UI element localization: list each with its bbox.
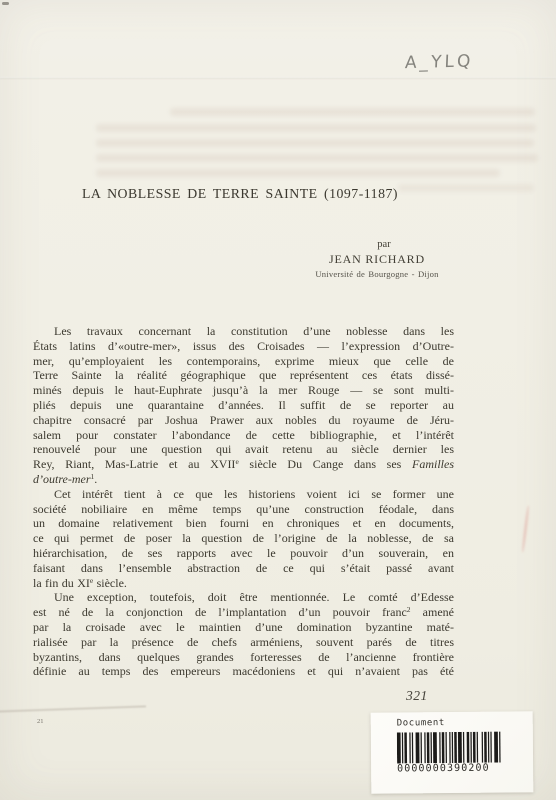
text-line: États latins d’«outre-mer», issus des Cr… [33, 339, 454, 354]
text-line: minés depuis le haut-Euphrate jusqu’à la… [33, 383, 454, 398]
byline-block: par JEAN RICHARD Université de Bourgogne… [297, 239, 457, 279]
scan-speck [2, 2, 9, 5]
text-line: Terre Sainte la réalité géographique que… [33, 368, 454, 383]
text-line: renouvelé pour une question qui avait re… [33, 442, 454, 457]
bleed-through-text [96, 169, 500, 177]
article-body: Les travaux concernant la constitution d… [33, 324, 454, 679]
bleed-through-text [96, 139, 534, 147]
text-line: d’outre-mer1. [33, 472, 454, 487]
text-line: chapitre consacré par Joshua Prawer aux … [33, 413, 454, 428]
bleed-through-text [398, 184, 534, 192]
text-line: définie au temps des empereurs macédonie… [33, 664, 454, 679]
text-line: salem pour constater l’abondance de cett… [33, 428, 454, 443]
text-line: est né de la conjonction de l’implantati… [33, 605, 454, 620]
scan-artifact-streak [521, 505, 530, 553]
text-line: société nobiliaire en même temps qu’une … [33, 502, 454, 517]
barcode-label: Document 0000000390200 [371, 711, 534, 793]
article-title: LA NOBLESSE DE TERRE SAINTE (1097-1187) [82, 186, 398, 202]
text-line: hiérarchisation, de ses rapports avec le… [33, 546, 454, 561]
author-affiliation: Université de Bourgogne - Dijon [297, 269, 457, 279]
barcode-number: 0000000390200 [397, 763, 490, 775]
byline-par: par [311, 239, 457, 250]
scanned-document-page: A_YLQ LA NOBLESSE DE TERRE SAINTE (1097-… [0, 0, 556, 800]
corner-number: 21 [37, 718, 44, 725]
text-line: un domaine relativement bien fourni en c… [33, 516, 454, 531]
author-name: JEAN RICHARD [297, 252, 457, 267]
bleed-through-text [96, 154, 538, 162]
bleed-through-text [96, 124, 536, 132]
text-line: mer, qu’employaient les contemporains, e… [33, 354, 454, 369]
barcode-title: Document [397, 718, 445, 728]
bleed-through-text [170, 108, 535, 116]
crease-mark-top [0, 77, 556, 79]
text-line: la fin du XIe siècle. [33, 576, 454, 591]
text-line: Rey, Riant, Mas-Latrie et au XVIIe siècl… [33, 457, 454, 472]
text-line: rialisée par la présence de chefs arméni… [33, 635, 454, 650]
text-line: byzantins, dans quelques grandes fortere… [33, 650, 454, 665]
text-line: faisant dans l’ensemble abstraction de c… [33, 561, 454, 576]
crease-mark-bottom [0, 705, 146, 712]
text-line: Cet intérêt tient à ce que les historien… [33, 487, 454, 502]
handwritten-code: A_YLQ [405, 51, 496, 73]
text-line: Les travaux concernant la constitution d… [33, 324, 454, 339]
text-line: Une exception, toutefois, doit être ment… [33, 590, 454, 605]
text-line: par la croisade avec le maintien d’une d… [33, 620, 454, 635]
barcode-image [397, 732, 503, 764]
text-line: pliés depuis une quarantaine d’années. I… [33, 398, 454, 413]
page-number: 321 [406, 688, 428, 704]
text-line: ce qui permet de poser la question de l’… [33, 531, 454, 546]
